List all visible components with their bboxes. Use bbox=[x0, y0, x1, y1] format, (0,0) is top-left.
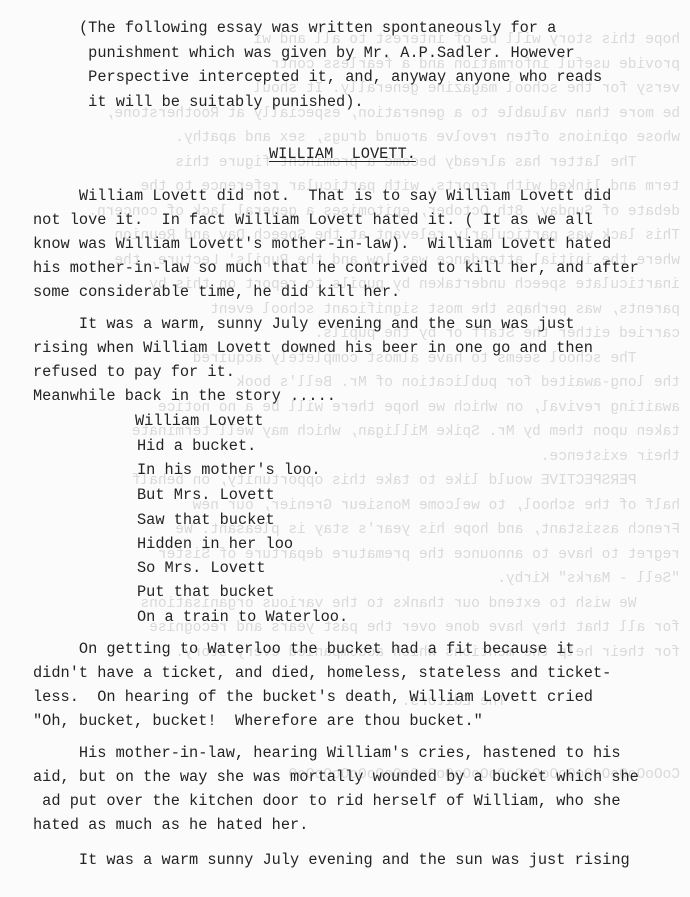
paragraph-line: ad put over the kitchen door to rid hers… bbox=[33, 791, 621, 811]
poem-line: William Lovett bbox=[135, 411, 264, 431]
paragraph-line: rising when William Lovett downed his be… bbox=[33, 338, 593, 358]
bleed-through-line: their existence. bbox=[541, 445, 680, 469]
poem-line: Hid a bucket. bbox=[137, 436, 256, 456]
bleed-through-line: whose opinions often revolve around drug… bbox=[175, 126, 680, 150]
paragraph-line: Meanwhile back in the story ..... bbox=[33, 386, 336, 406]
paragraph-line: less. On hearing of the bucket's death, … bbox=[33, 687, 593, 707]
preface-line: it will be suitably punished). bbox=[79, 92, 364, 112]
paragraph-line: didn't have a ticket, and died, homeless… bbox=[33, 663, 611, 683]
paragraph-line: hated as much as he hated her. bbox=[33, 815, 308, 835]
preface-line: Perspective intercepted it, and, anyway … bbox=[79, 67, 602, 87]
poem-line: But Mrs. Lovett bbox=[137, 485, 275, 505]
paragraph-line: On getting to Waterloo the bucket had a … bbox=[33, 639, 575, 659]
document-page: hope this story will be of interest to a… bbox=[0, 0, 690, 897]
poem-line: Saw that bucket bbox=[137, 510, 275, 530]
preface-line: (The following essay was written spontan… bbox=[79, 18, 556, 38]
poem-line: So Mrs. Lovett bbox=[137, 558, 266, 578]
paragraph-line: It was a warm, sunny July evening and th… bbox=[33, 314, 575, 334]
preface-line: punishment which was given by Mr. A.P.Sa… bbox=[79, 43, 575, 63]
essay-title: WILLIAM LOVETT. bbox=[269, 144, 416, 164]
paragraph-line: some considerable time, he did kill her. bbox=[33, 282, 400, 302]
paragraph-line: His mother-in-law, hearing William's cri… bbox=[33, 743, 621, 763]
paragraph-line: his mother-in-law so much that he contri… bbox=[33, 258, 639, 278]
bleed-through-line: "Sell - Marks" Kirby. bbox=[497, 567, 680, 591]
poem-line: On a train to Waterloo. bbox=[137, 607, 348, 627]
paragraph-line: aid, but on the way she was mortally wou… bbox=[33, 767, 639, 787]
paragraph-line: William Lovett did not. That is to say W… bbox=[33, 186, 611, 206]
poem-line: Hidden in her loo bbox=[137, 534, 293, 554]
bleed-through-line: The latter has already become a prominen… bbox=[175, 151, 680, 175]
paragraph-line: not love it. In fact William Lovett hate… bbox=[33, 210, 593, 230]
paragraph-line: "Oh, bucket, bucket! Wherefore are thou … bbox=[33, 711, 483, 731]
paragraph-line: refused to pay for it. bbox=[33, 362, 235, 382]
paragraph-line: know was William Lovett's mother-in-law)… bbox=[33, 234, 611, 254]
paragraph-line: It was a warm sunny July evening and the… bbox=[33, 850, 630, 870]
poem-line: In his mother's loo. bbox=[137, 460, 321, 480]
poem-line: Put that bucket bbox=[137, 582, 275, 602]
